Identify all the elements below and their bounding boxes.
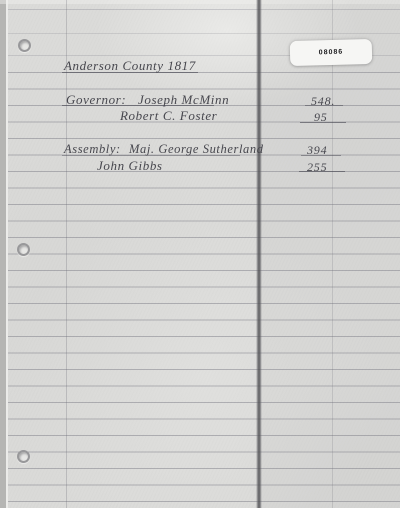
catalog-number: 08086 xyxy=(319,49,344,57)
right-page-shading xyxy=(262,0,400,508)
punch-hole-middle xyxy=(17,243,30,256)
candidate-name-gibbs: John Gibbs xyxy=(97,158,163,173)
ink-underline-governor xyxy=(62,105,214,106)
ink-underline-assembly xyxy=(62,155,240,156)
ink-underline-title xyxy=(62,72,198,73)
left-margin-line xyxy=(66,0,67,508)
ink-underline-548 xyxy=(305,105,343,106)
ink-underline-95 xyxy=(300,122,346,123)
candidate-name-foster: Robert C. Foster xyxy=(120,108,217,123)
county-title: Anderson County 1817 xyxy=(64,58,196,73)
ink-underline-255 xyxy=(299,171,345,172)
punch-hole-top xyxy=(18,39,31,52)
catalog-label: 08086 xyxy=(290,39,373,66)
punch-hole-bottom xyxy=(17,450,30,463)
right-margin-line xyxy=(332,0,333,508)
ink-underline-394 xyxy=(301,155,341,156)
scanned-page: 08086 Anderson County 1817 Governor: Jos… xyxy=(0,0,400,508)
